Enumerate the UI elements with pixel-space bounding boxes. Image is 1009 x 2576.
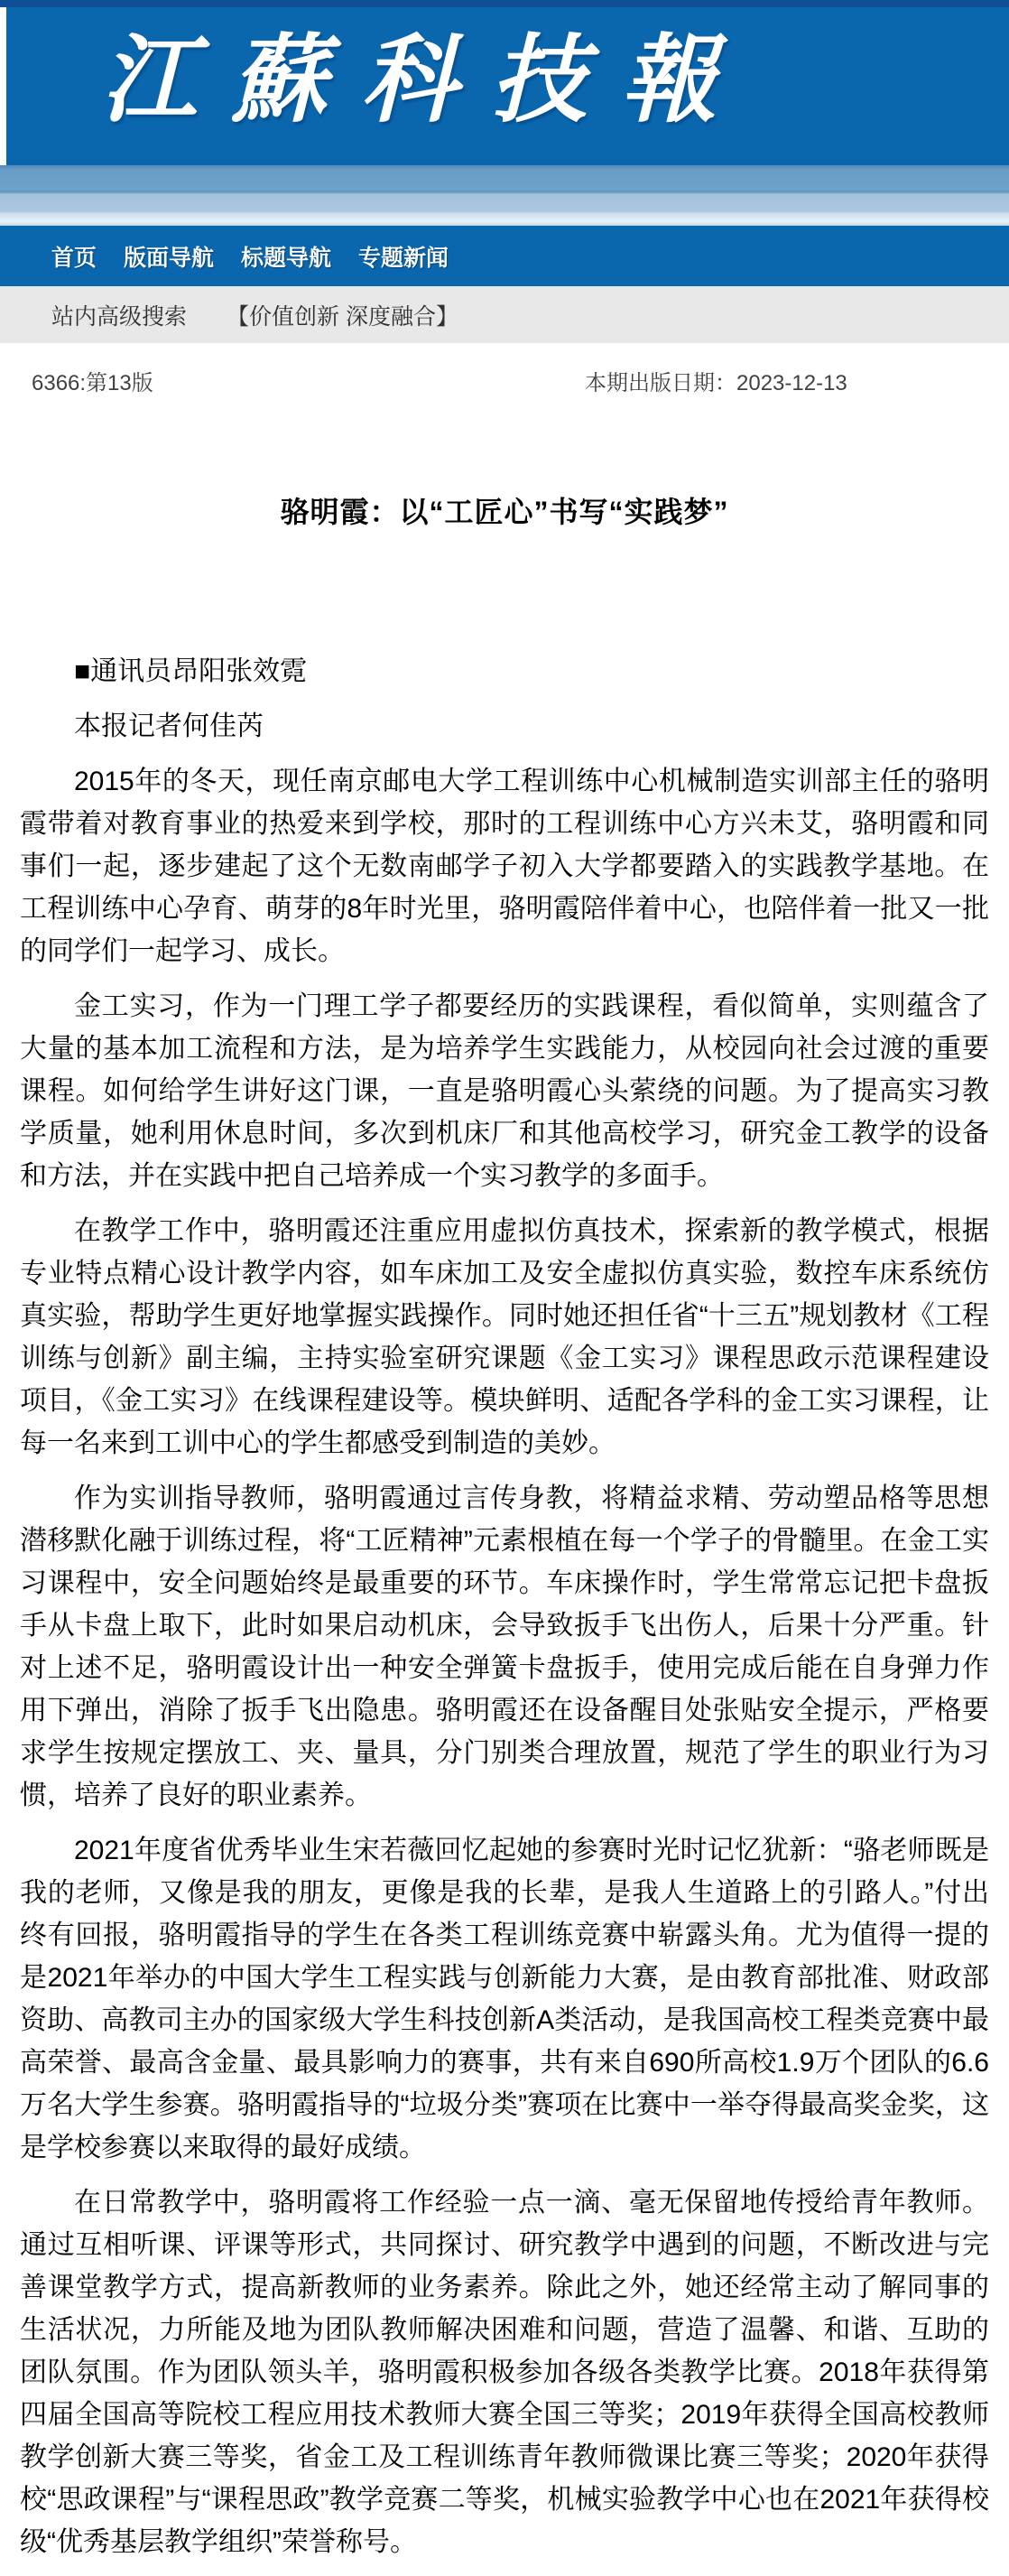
nav-item-page-navigation[interactable]: 版面导航 [124,240,214,273]
subnav-bar: 站内高级搜索 【价值创新 深度融合】 [0,286,1009,343]
issue-number-label: 6366:第13版 [32,365,153,396]
header-gradient-band [0,165,1009,226]
page: 江蘇科技報 首页 版面导航 标题导航 专题新闻 站内高级搜索 【价值创新 深度融… [0,0,1009,2576]
article: 骆明霞：以“工匠心”书写“实践梦” ■通讯员昂阳张效霓 本报记者何佳芮 2015… [0,489,1009,2563]
article-body: ■通讯员昂阳张效霓 本报记者何佳芮 2015年的冬天，现任南京邮电大学工程训练中… [0,650,1009,2563]
slogan-link[interactable]: 【价值创新 深度融合】 [227,299,458,331]
article-paragraph-1: 2015年的冬天，现任南京邮电大学工程训练中心机械制造实训部主任的骆明霞带着对教… [20,760,989,972]
article-paragraph-2: 金工实习，作为一门理工学子都要经历的实践课程，看似简单，实则蕴含了大量的基本加工… [20,985,989,1197]
masthead-left-strip [0,7,6,165]
nav-item-special-news[interactable]: 专题新闻 [358,240,449,273]
nav-item-title-navigation[interactable]: 标题导航 [241,240,331,273]
article-paragraph-3: 在教学工作中，骆明霞还注重应用虚拟仿真技术，探索新的教学模式，根据专业特点精心设… [20,1210,989,1465]
nav-item-home[interactable]: 首页 [51,240,97,273]
issue-bar: 6366:第13版 本期出版日期：2023-12-13 [0,365,1009,394]
publish-date-label: 本期出版日期：2023-12-13 [585,365,847,396]
primary-nav: 首页 版面导航 标题导航 专题新闻 [0,226,1009,286]
article-paragraph-5: 2021年度省优秀毕业生宋若薇回忆起她的参赛时光时记忆犹新：“骆老师既是我的老师… [20,1829,989,2169]
byline-correspondent: ■通讯员昂阳张效霓 [20,650,989,693]
newspaper-logo: 江蘇科技報 [0,7,1009,153]
masthead: 江蘇科技報 [0,7,1009,165]
article-paragraph-6: 在日常教学中，骆明霞将工作经验一点一滴、毫无保留地传授给青年教师。通过互相听课、… [20,2181,989,2563]
article-paragraph-4: 作为实训指导教师，骆明霞通过言传身教，将精益求精、劳动塑品格等思想潜移默化融于训… [20,1477,989,1817]
top-accent-line [0,0,1009,7]
byline-reporter: 本报记者何佳芮 [20,705,989,748]
article-title: 骆明霞：以“工匠心”书写“实践梦” [0,489,1009,531]
advanced-site-search-link[interactable]: 站内高级搜索 [51,299,187,331]
